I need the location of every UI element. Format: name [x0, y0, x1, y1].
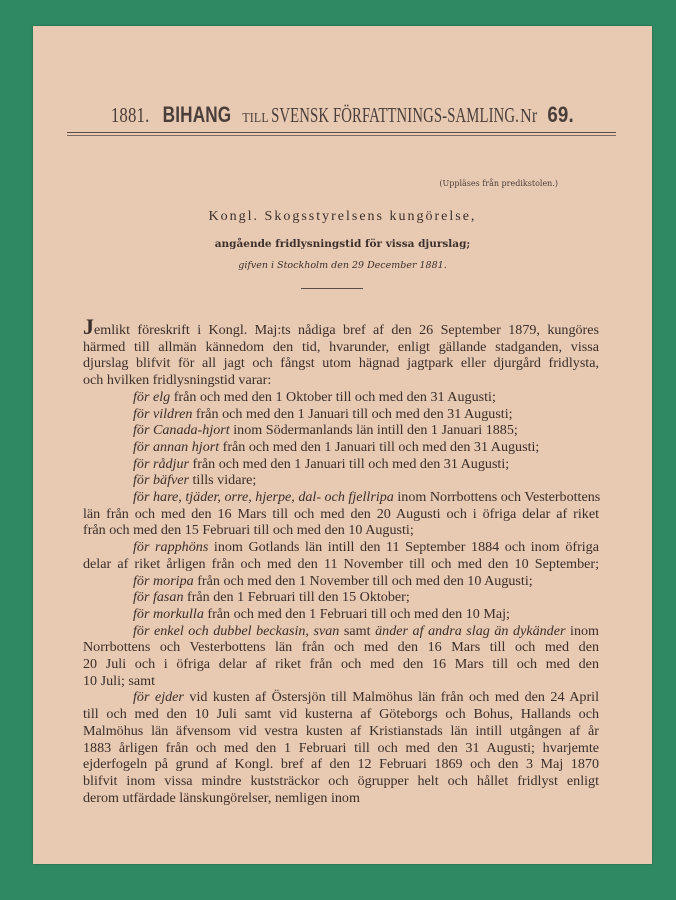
header-rule-secondary	[67, 135, 616, 136]
species-name: för vildren	[133, 406, 192, 422]
species-name: änder af andra slag än dykänder	[375, 623, 565, 639]
item-fasan: för fasan från den 1 Februari till den 1…	[83, 589, 599, 606]
header-rule	[67, 132, 616, 133]
item-elg: för elg från och med den 1 Oktober till …	[83, 389, 599, 406]
item-morkulla: för morkulla från och med den 1 Februari…	[83, 606, 599, 623]
species-name: för fasan	[133, 589, 184, 605]
intro-paragraph: Jemlikt föreskrift i Kongl. Maj:ts nådig…	[83, 322, 599, 389]
item-text: Norrbottens och Vesterbottens län från o…	[83, 639, 599, 656]
item-text: tills vidare;	[189, 472, 256, 488]
item-bafver: för bäfver tills vidare;	[83, 472, 599, 489]
item-text: från och med den 1 Oktober till och med …	[170, 389, 496, 405]
item-text: ejderfogeln på grund af Kongl. bref af d…	[83, 756, 599, 773]
item-text: inom Gotlands län intill den 11 Septembe…	[208, 539, 599, 555]
item-moripa: för moripa från och med den 1 November t…	[83, 573, 599, 590]
header-bihang: BIHANG	[163, 102, 232, 128]
item-text: 20 Juli och i öfriga delar af riket från…	[83, 656, 599, 673]
document-title: Kongl. Skogsstyrelsens kungörelse,	[33, 209, 652, 225]
item-text: från och med den 1 Januari till och med …	[192, 406, 512, 422]
publication-header: 1881. BIHANG TILL SVENSK FÖRFATTNINGS-SA…	[61, 102, 621, 128]
item-annan-hjort: för annan hjort från och med den 1 Janua…	[83, 439, 599, 456]
intro-line: emlikt föreskrift i Kongl. Maj:ts nådiga…	[94, 322, 599, 338]
intro-line: djurslag blifvit för all jagt och fångst…	[83, 355, 599, 372]
document-dateline: gifven i Stockholm den 29 December 1881.	[33, 260, 652, 271]
section-divider	[301, 288, 363, 289]
item-text: inom Norrbottens och Vesterbottens	[394, 489, 600, 505]
item-text: från och med den 1 Januari till och med …	[219, 439, 539, 455]
item-text: inom	[565, 623, 599, 639]
species-name: för enkel och dubbel beckasin, svan	[133, 623, 339, 639]
item-text: från och med den 1 November till och med…	[194, 573, 533, 589]
species-name: för moripa	[133, 573, 194, 589]
item-text: län från och med den 16 Mars till och me…	[83, 506, 599, 523]
item-canada-hjort: för Canada-hjort inom Södermanlands län …	[83, 422, 599, 439]
header-year: 1881.	[111, 103, 150, 128]
item-text: blifvit inom vissa mindre kuststräckor o…	[83, 773, 599, 790]
document-body: Jemlikt föreskrift i Kongl. Maj:ts nådig…	[83, 322, 599, 806]
item-text: inom Södermanlands län intill den 1 Janu…	[230, 422, 518, 438]
header-number: 69.	[547, 102, 574, 128]
species-name: för morkulla	[133, 606, 204, 622]
header-publication: SVENSK FÖRFATTNINGS-SAMLING.	[271, 103, 519, 128]
header-number-prefix: Nr	[521, 105, 538, 128]
item-rapphons: för rapphöns inom Gotlands län intill de…	[83, 539, 599, 572]
item-text: 1883 årligen från och med den 1 Februari…	[83, 740, 599, 757]
item-text: Malmöhus län äfvensom vid vestra kusten …	[83, 723, 599, 740]
item-radjur: för rådjur från och med den 1 Januari ti…	[83, 456, 599, 473]
item-text: från och med den 1 Februari till och med…	[204, 606, 510, 622]
item-text: 10 Juli; samt	[83, 673, 599, 690]
species-name: för rådjur	[133, 456, 189, 472]
intro-line: härmed till allmän kännedom den tid, hva…	[83, 339, 599, 356]
drop-cap: J	[83, 314, 94, 339]
item-text: samt	[339, 623, 375, 639]
species-name: för annan hjort	[133, 439, 219, 455]
item-text: vid kusten af Östersjön till Malmöhus lä…	[184, 689, 599, 705]
species-name: för ejder	[133, 689, 184, 705]
item-beckasin: för enkel och dubbel beckasin, svan samt…	[83, 623, 599, 690]
species-name: för rapphöns	[133, 539, 208, 555]
document-page: 1881. BIHANG TILL SVENSK FÖRFATTNINGS-SA…	[33, 26, 652, 864]
item-text: från och med den 15 Februari till och me…	[83, 522, 599, 539]
document-subtitle: angående fridlysningstid för vissa djurs…	[33, 238, 652, 250]
species-name: för Canada-hjort	[133, 422, 230, 438]
species-name: för hare, tjäder, orre, hjerpe, dal- och…	[133, 489, 394, 505]
item-text: till och med den 10 Juli samt vid kuster…	[83, 706, 599, 723]
item-vildren: för vildren från och med den 1 Januari t…	[83, 406, 599, 423]
item-text: delar af riket årligen från och med den …	[83, 556, 599, 573]
species-name: för bäfver	[133, 472, 189, 488]
item-ejder: för ejder vid kusten af Östersjön till M…	[83, 689, 599, 806]
item-hare-tjader: för hare, tjäder, orre, hjerpe, dal- och…	[83, 489, 599, 539]
intro-line: och hvilken fridlysningstid varar:	[83, 372, 599, 389]
item-text: derom utfärdade länskungörelser, nemlige…	[83, 790, 599, 807]
reading-note: (Uppläses från predikstolen.)	[439, 179, 558, 188]
item-text: från den 1 Februari till den 15 Oktober;	[184, 589, 410, 605]
header-till: TILL	[242, 111, 268, 127]
species-name: för elg	[133, 389, 170, 405]
item-text: från och med den 1 Januari till och med …	[189, 456, 509, 472]
